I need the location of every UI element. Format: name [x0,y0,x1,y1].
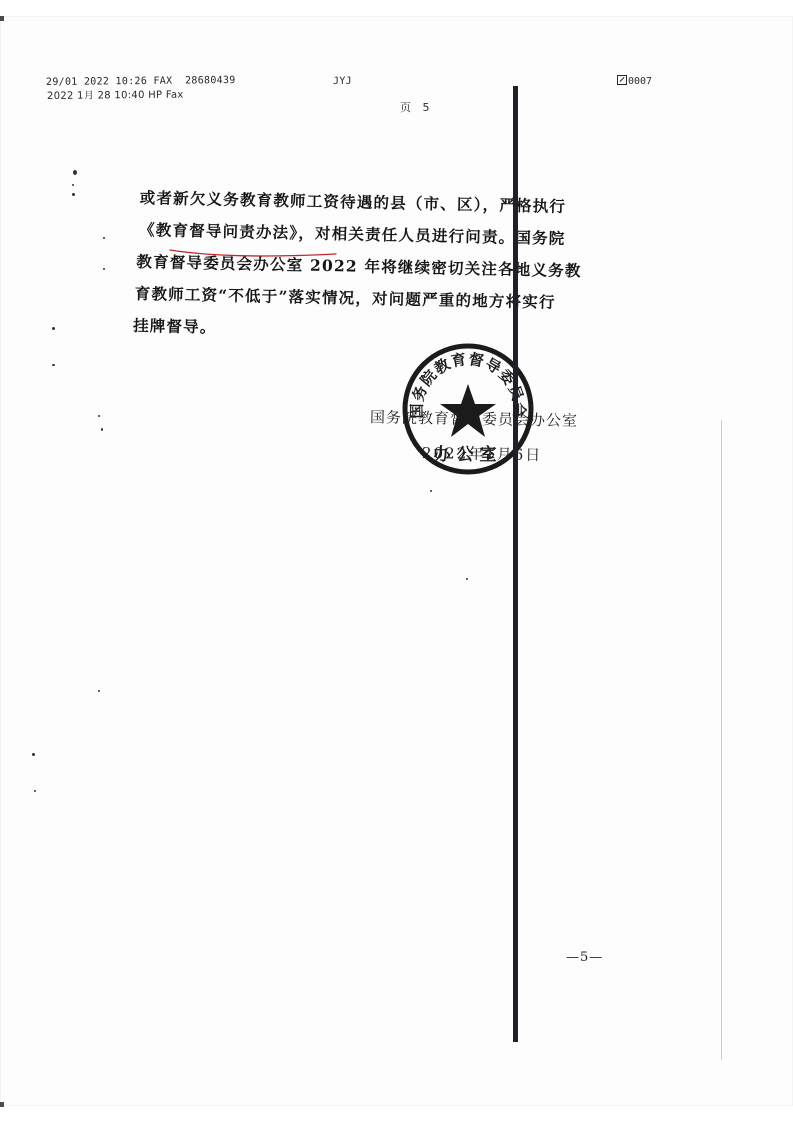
scan-speck [52,364,55,366]
scan-corner-mark [0,1102,4,1107]
scan-speck [98,415,100,417]
fax-page-id: 0007 [617,75,652,87]
scan-speck [32,753,35,756]
scan-speck [103,237,105,239]
page-number: —5— [566,950,603,965]
seal-bottom-text: 办公室 [434,444,503,465]
scan-corner-mark [0,16,4,21]
scanned-page [0,16,793,1106]
star-icon [440,384,496,437]
fax-header-line-2: 2022 1月 28 10:40 HP Fax [47,86,184,102]
scan-speck [98,690,100,692]
scan-speck [103,268,105,270]
scan-speck [72,184,74,186]
scan-speck [101,428,103,431]
scan-speck [73,170,77,175]
scan-speck [72,193,75,196]
fax-page-label: 页 5 [400,99,434,115]
scan-vertical-line [721,420,722,1060]
scan-speck [430,490,432,492]
handwritten-underline [168,248,338,260]
fax-sender-code: JYJ [333,76,352,87]
body-paragraph: 或者新欠义务教育教师工资待遇的县（市、区），严格执行 《教育督导问责办法》，对相… [137,186,640,356]
fax-checkbox-icon [617,75,627,85]
scan-vertical-bar [513,86,518,1042]
scan-speck [52,327,55,330]
scan-speck [34,790,36,792]
scan-speck [466,578,468,580]
fax-page-id-value: 0007 [628,76,652,87]
